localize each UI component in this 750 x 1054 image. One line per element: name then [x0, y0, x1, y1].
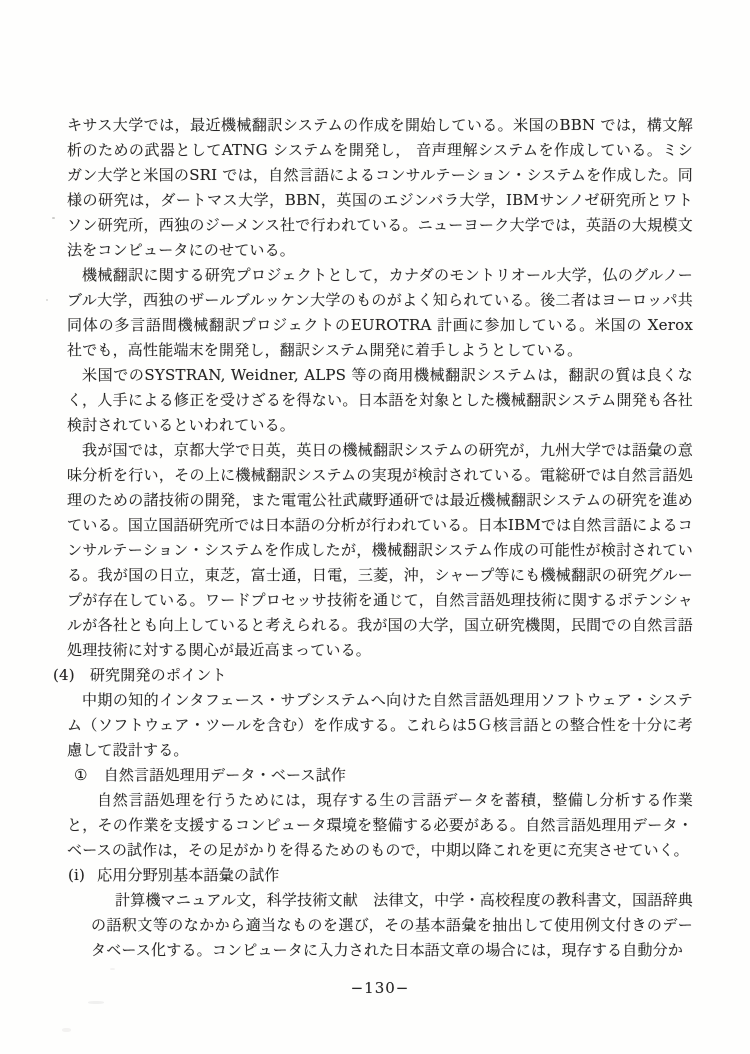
scan-speck [46, 299, 48, 301]
paragraph-basic-vocabulary: 計算機マニュアル文，科学技術文献 法律文，中学・高校程度の教科書文，国語辞典の語… [91, 888, 693, 963]
item-title: 自然言語処理用データ・ベース試作 [104, 763, 346, 788]
paragraph-japan-research: 我が国では，京都大学で日英，英日の機械翻訳システムの研究が，九州大学では語彙の意… [67, 438, 693, 663]
subitem-number-label: (i) [68, 863, 85, 888]
scan-speck [62, 1028, 71, 1032]
section-title: 研究開発のポイント [90, 663, 227, 688]
scan-speck [88, 1001, 104, 1004]
scan-speck [110, 968, 115, 970]
subitem-heading-i: (i) 応用分野別基本語彙の試作 [68, 863, 693, 888]
paragraph-foreign-research-continued: キサス大学では，最近機械翻訳システムの作成を開始している。米国のBBN では，構… [67, 113, 693, 263]
scan-speck [52, 217, 55, 219]
section-heading-4: (4) 研究開発のポイント [53, 663, 693, 688]
paragraph-mt-projects: 機械翻訳に関する研究プロジェクトとして，カナダのモントリオール大学，仏のグルノー… [67, 263, 693, 363]
paragraph-commercial-mt-systems: 米国でのSYSTRAN, Weidner, ALPS 等の商用機械翻訳システムは… [67, 363, 693, 438]
subitem-title: 応用分野別基本語彙の試作 [97, 863, 279, 888]
circled-number-label: ① [74, 763, 88, 788]
paragraph-nlp-database: 自然言語処理を行うためには，現存する生の言語データを蓄積，整備し分析する作業と，… [67, 788, 693, 863]
item-heading-circled-1: ① 自然言語処理用データ・ベース試作 [74, 763, 693, 788]
text-column: キサス大学では，最近機械翻訳システムの作成を開始している。米国のBBN では，構… [67, 113, 693, 1001]
scanned-document-page: キサス大学では，最近機械翻訳システムの作成を開始している。米国のBBN では，構… [0, 0, 750, 1054]
page-number: −130− [67, 976, 693, 1001]
section-number-label: (4) [53, 663, 75, 688]
paragraph-midterm-software-system: 中期の知的インタフェース・サブシステムへ向けた自然言語処理用ソフトウェア・システ… [67, 688, 693, 763]
